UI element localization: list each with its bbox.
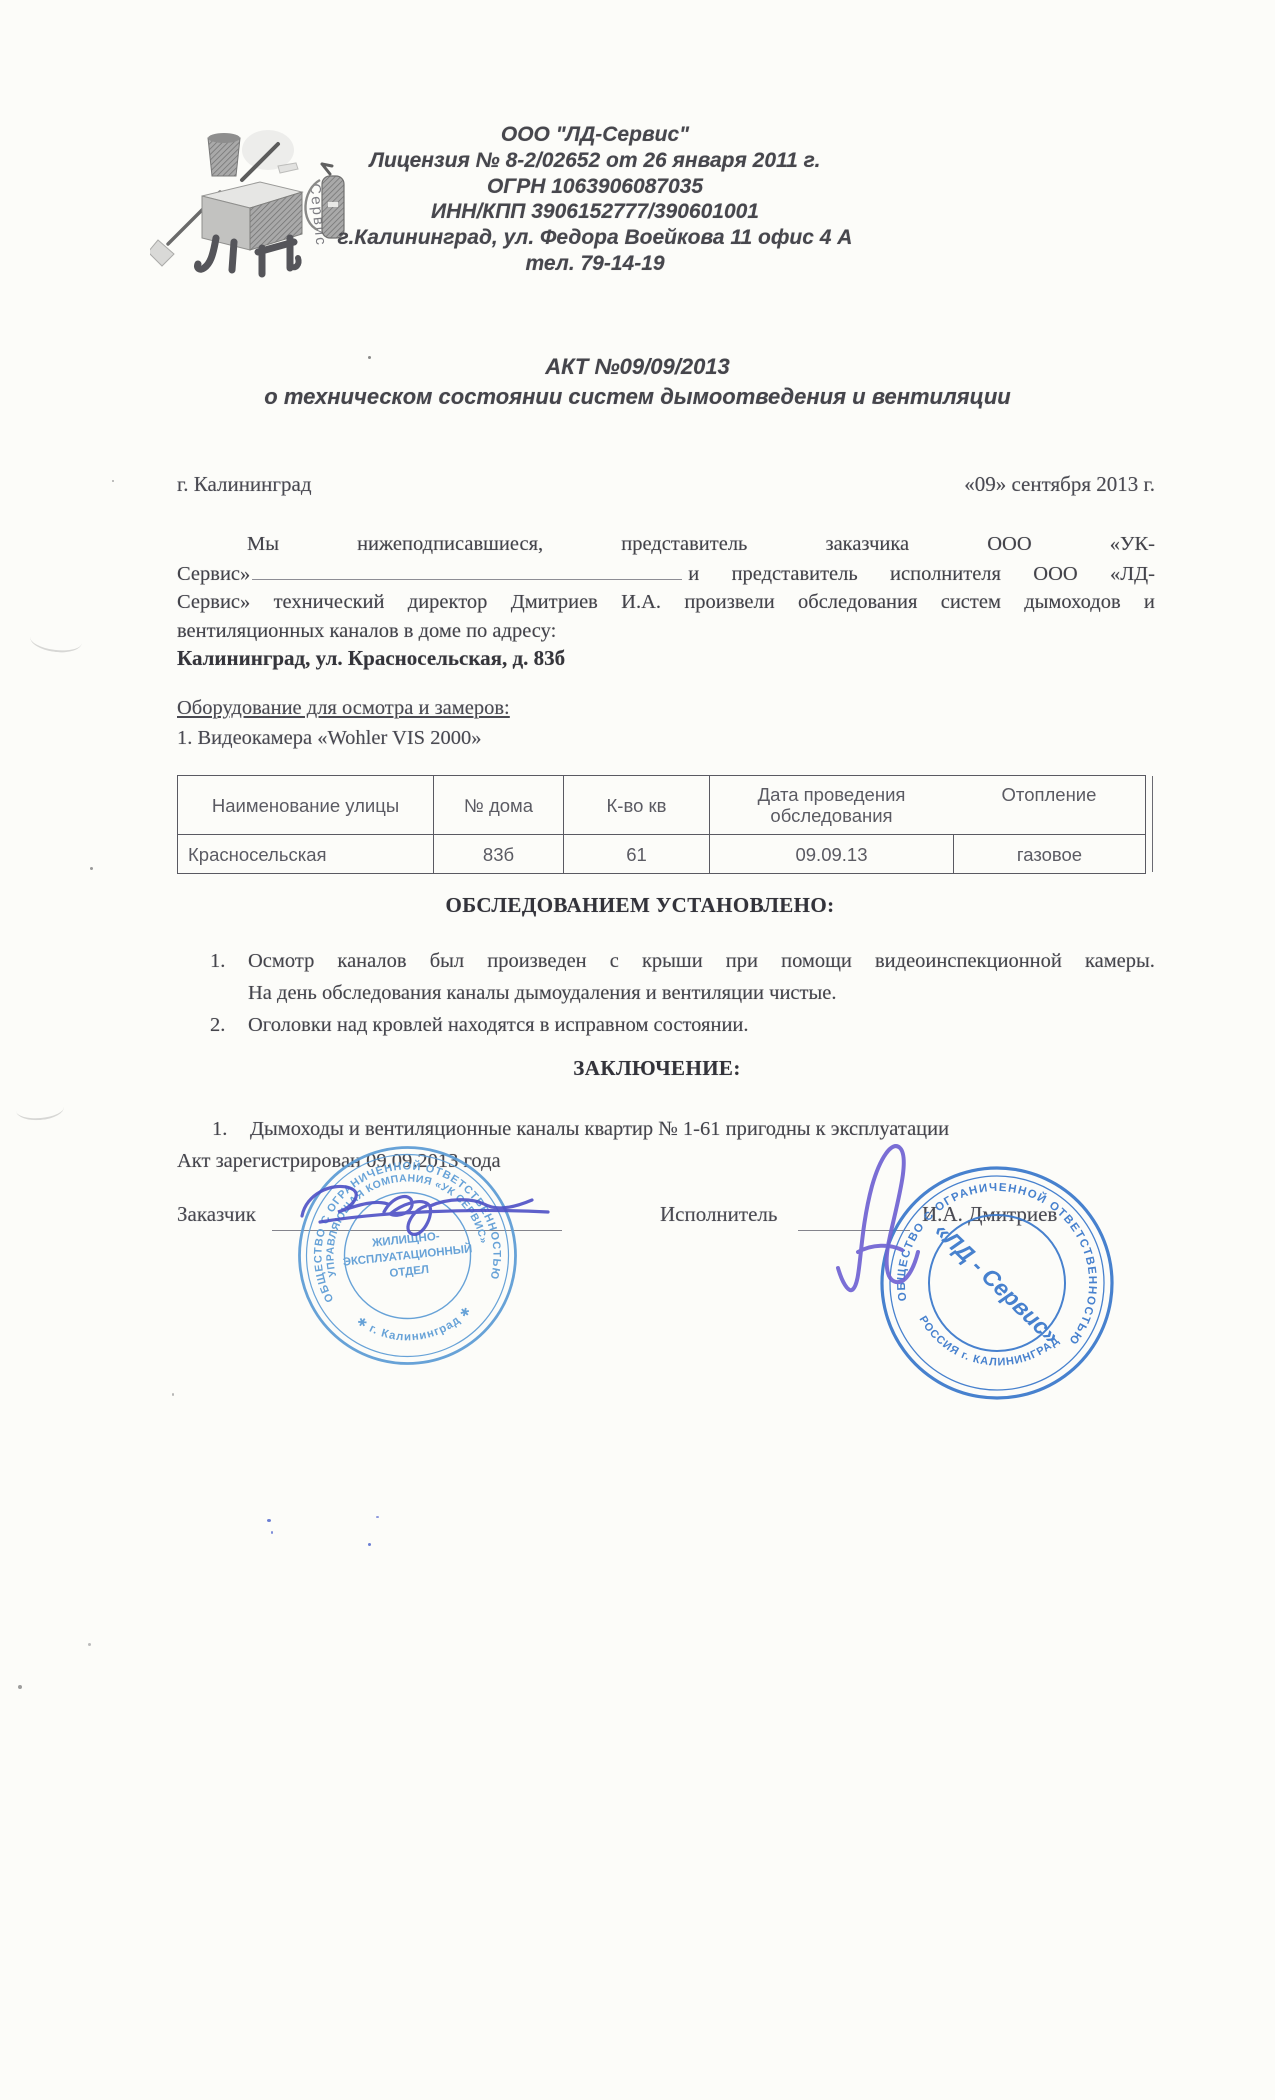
letterhead: ООО "ЛД-Сервис" Лицензия № 8-2/02652 от … [170,122,1020,277]
findings-word: крыши [642,950,703,973]
preamble-word: «УК- [1110,530,1155,559]
letterhead-address: г.Калининград, ул. Федора Воейкова 11 оф… [170,225,1020,251]
preamble-word: И.А. [621,588,661,617]
preamble-word: представитель [732,560,858,589]
letterhead-license: Лицензия № 8-2/02652 от 26 января 2011 г… [170,148,1020,174]
preamble-word: Мы [247,530,279,559]
scan-artifact [90,867,93,870]
findings-word: видеоинспекционной [875,950,1062,973]
preamble-word: ООО [1033,560,1077,589]
table-header-date: Дата проведения обследования [709,776,953,834]
table-header-street: Наименование улицы [178,776,433,834]
preamble-word: исполнителя [890,560,1001,589]
scan-artifact [172,1393,174,1396]
city-label: г. Калининград [177,472,312,497]
findings-word: был [430,950,464,973]
preamble-line-3: Сервис» технический директор Дмитриев И.… [177,588,1155,617]
scan-artifact [15,1096,65,1122]
preamble-word: произвели [684,588,774,617]
inspection-table: Наименование улицы № дома К-во кв Дата п… [177,775,1146,874]
findings-item-2-text: Оголовки над кровлей находятся в исправн… [248,1014,749,1037]
act-subtitle: о техническом состоянии систем дымоотвед… [100,382,1175,412]
findings-word: произведен [487,950,586,973]
letterhead-ogrn: ОГРН 1063906087035 [170,174,1020,200]
findings-item-1-line-2: На день обследования каналы дымоудаления… [248,982,836,1005]
findings-word: при [726,950,758,973]
scan-artifact [112,480,114,482]
preamble-word: нижеподписавшиеся, [357,530,543,559]
scan-artifact [88,1643,91,1646]
list-number: 2. [210,1014,248,1037]
list-number: 1. [212,1118,250,1141]
scan-artifact [271,1531,273,1534]
customer-label: Заказчик [177,1202,256,1227]
preamble-line-2: Сервис» и представитель исполнителя ООО … [177,559,1155,588]
preamble-word: обследования [798,588,917,617]
customer-signature [280,1160,580,1270]
inspection-address: Калининград, ул. Красносельская, д. 83б [177,646,565,671]
preamble-word: заказчика [825,530,909,559]
scanned-act-document: Сервис ООО "ЛД-Сервис" Лицензия № 8-2/02… [0,0,1275,2100]
table-header-apartments: К-во кв [563,776,709,834]
preamble-word: ООО [987,530,1031,559]
preamble-paragraph: Мы нижеподписавшиеся, представитель зака… [177,530,1155,646]
preamble-word: директор [408,588,488,617]
preamble-word: представитель [621,530,747,559]
findings-word: с [610,950,619,973]
document-title-block: АКТ №09/09/2013 о техническом состоянии … [100,352,1175,412]
table-cell-date: 09.09.13 [709,834,953,873]
preamble-word: и [688,560,699,589]
scan-artifact [368,356,371,359]
preamble-word: и [1144,588,1155,617]
conclusion-item: 1. Дымоходы и вентиляционные каналы квар… [212,1118,1157,1141]
findings-item-2: 2. Оголовки над кровлей находятся в испр… [210,1014,1155,1037]
list-number: 1. [210,950,248,973]
table-cell-street: Красносельская [178,834,433,873]
table-header-house: № дома [433,776,563,834]
blank-underline [252,559,682,580]
scan-artifact [376,1516,379,1518]
letterhead-phone: тел. 79-14-19 [170,251,1020,277]
conclusion-heading: ЗАКЛЮЧЕНИЕ: [177,1056,1137,1081]
equipment-heading: Оборудование для осмотра и замеров: [177,697,510,720]
table-double-edge-line [1152,776,1153,872]
table-cell-apartments: 61 [563,834,709,873]
preamble-word: Дмитриев [511,588,598,617]
preamble-word: Сервис» [177,588,250,617]
date-label: «09» сентября 2013 г. [964,472,1155,497]
findings-heading: ОБСЛЕДОВАНИЕМ УСТАНОВЛЕНО: [177,893,1103,918]
preamble-word: дымоходов [1024,588,1120,617]
city-date-line: г. Калининград «09» сентября 2013 г. [177,472,1155,497]
findings-word: каналов [337,950,406,973]
executor-signature [820,1130,950,1310]
findings-word: камеры. [1085,950,1155,973]
scan-artifact [267,1519,271,1522]
preamble-word: технический [274,588,385,617]
findings-item-1-line-1: 1. Осмотр каналов был произведен с крыши… [210,950,1155,973]
preamble-word: Сервис» [177,560,250,589]
executor-label: Исполнитель [660,1202,777,1227]
equipment-item: 1. Видеокамера «Wohler VIS 2000» [177,727,481,750]
letterhead-inn-kpp: ИНН/КПП 3906152777/390601001 [170,199,1020,225]
act-number: АКТ №09/09/2013 [100,352,1175,382]
scan-artifact [368,1543,371,1546]
scan-artifact [29,625,84,655]
letterhead-company: ООО "ЛД-Сервис" [170,122,1020,148]
preamble-line-4: вентиляционных каналов в доме по адресу: [177,617,1155,646]
preamble-word: «ЛД- [1110,560,1155,589]
findings-word: помощи [781,950,852,973]
preamble-word: систем [941,588,1001,617]
findings-word: Осмотр [248,950,314,973]
table-header-heating: Отопление [953,776,1145,834]
preamble-line-1: Мы нижеподписавшиеся, представитель зака… [177,530,1155,559]
table-cell-house: 83б [433,834,563,873]
scan-artifact [18,1685,22,1689]
table-cell-heating: газовое [953,834,1145,873]
